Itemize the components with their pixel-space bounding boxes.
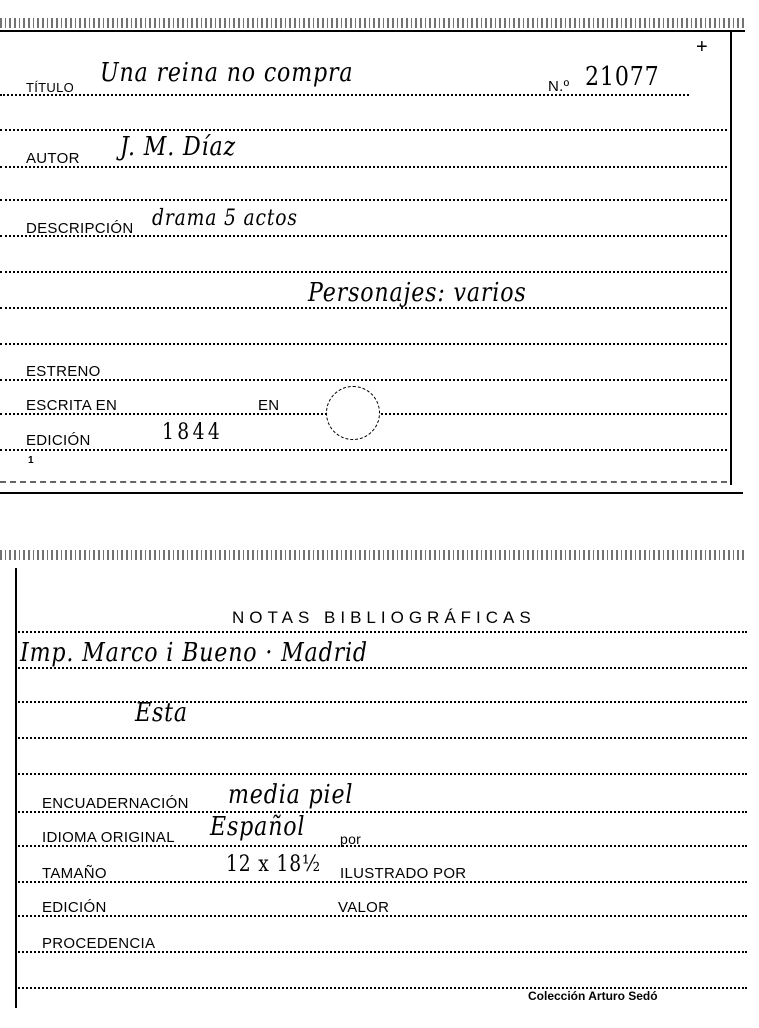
corner-mark: + [696,36,708,59]
estreno-line [0,378,727,381]
numero-label: N.º [548,78,569,95]
collection-credit: Colección Arturo Sedó [528,989,658,1003]
scan-noise-top [0,550,745,560]
card-top-border [0,30,745,32]
autor-line [0,165,727,168]
encuadernacion-value: media piel [228,780,353,810]
circular-stamp [326,386,380,440]
personajes-value: Personajes: varios [308,278,527,308]
note-line-1: Imp. Marco i Bueno · Madrid [20,638,368,668]
idioma-label: IDIOMA ORIGINAL [42,829,175,846]
encuadernacion-label: ENCUADERNACIÓN [42,795,189,812]
edicion-label: EDICIÓN [26,432,91,449]
estreno-label: ESTRENO [26,363,101,380]
rule-line [0,198,727,201]
numero-value: 21077 [585,62,660,92]
rule-line [15,736,747,739]
rule-line [15,700,747,703]
valor-label: VALOR [338,899,389,916]
titulo-label: TÍTULO [26,80,74,95]
card-separator [0,492,743,494]
catalog-card-front: + TÍTULO Una reina no compra N.º 21077 A… [0,0,759,500]
titulo-value: Una reina no compra [100,58,353,88]
catalog-card-back: NOTAS BIBLIOGRÁFICAS Imp. Marco i Bueno … [0,540,759,1028]
card-left-border [15,568,17,1008]
ilustrado-label: ILUSTRADO POR [340,865,466,882]
autor-value: J. M. Díaz [120,132,236,162]
card-right-border [730,30,732,485]
rule-line [15,666,747,669]
por-label: por [340,831,361,847]
bottom-dash-line [0,480,727,483]
edicion-value: 1844 [162,420,223,445]
tamano-value: 12 x 18½ [226,852,321,877]
scan-noise-top [0,18,745,28]
tamano-label: TAMAÑO [42,865,107,882]
procedencia-label: PROCEDENCIA [42,935,155,952]
notas-heading: NOTAS BIBLIOGRÁFICAS [232,608,536,628]
rule-line [0,128,727,131]
escrita-en-label: ESCRITA EN [26,397,117,414]
en-label: EN [258,397,279,414]
rule-line [15,772,747,775]
edicion-back-label: EDICIÓN [42,899,107,916]
idioma-value: Español [210,812,305,842]
edicion-line [0,448,727,451]
rule-line [0,342,727,345]
descripcion-label: DESCRIPCIÓN [26,220,133,237]
rule-line [0,270,727,273]
rule-line [15,630,747,633]
titulo-line [0,93,689,96]
autor-label: AUTOR [26,150,80,167]
descripcion-value: drama 5 actos [152,206,298,231]
footer-mark: 1 [28,455,34,466]
